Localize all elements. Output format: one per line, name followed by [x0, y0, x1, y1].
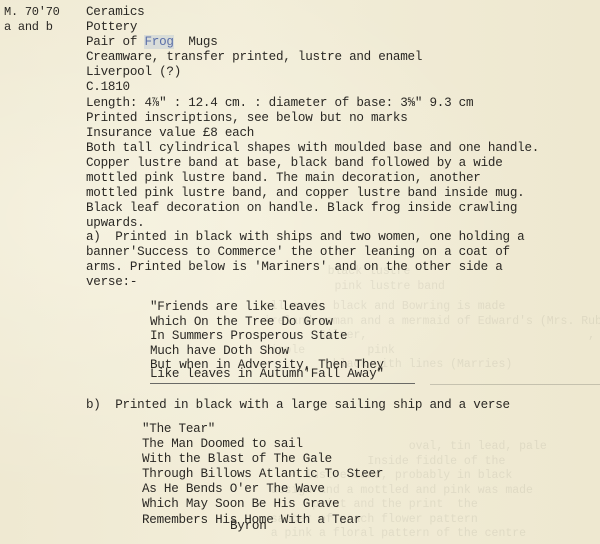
verse-line: Like leaves in Autumn'Fall Away" [150, 367, 384, 382]
paper-fold-line [430, 384, 600, 385]
catalogue-description: Ceramics Pottery Pair of Frog Mugs Cream… [86, 5, 539, 231]
verse-line: As He Bends O'er The Wave [142, 482, 325, 496]
description-line: mottled pink lustre band, and copper lus… [86, 186, 524, 200]
verse-attribution: Byron [230, 519, 267, 534]
description-line: Black leaf decoration on handle. Black f… [86, 201, 517, 215]
material-line: Creamware, transfer printed, lustre and … [86, 50, 422, 64]
date-line: C.1810 [86, 80, 130, 94]
accession-number: M. 70'70 [4, 5, 60, 19]
verse-underline [150, 383, 415, 384]
description-line: upwards. [86, 216, 144, 230]
accession-reference: M. 70'70 a and b [4, 5, 60, 35]
title-line: Pair of Frog Mugs [86, 35, 218, 49]
highlighted-word: Frog [144, 35, 173, 49]
section-a-description: a) Printed in black with ships and two w… [86, 230, 524, 290]
category-line: Ceramics [86, 5, 144, 19]
verse-line: In Summers Prosperous State [150, 329, 347, 343]
section-a-verse: "Friends are like leaves Which On the Tr… [150, 300, 384, 382]
verse-line: Which On the Tree Do Grow [150, 315, 333, 329]
section-a-line: banner'Success to Commerce' the other le… [86, 245, 510, 259]
subcategory-line: Pottery [86, 20, 137, 34]
verse-line: With the Blast of The Gale [142, 452, 332, 466]
section-a-line: verse:- [86, 275, 137, 289]
verse-line: Much have Doth Show [150, 344, 289, 358]
section-a-line: arms. Printed below is 'Mariners' and on… [86, 260, 503, 274]
description-line: Copper lustre band at base, black band f… [86, 156, 503, 170]
origin-line: Liverpool (?) [86, 65, 181, 79]
verse-line: Through Billows Atlantic To Steer [142, 467, 383, 481]
section-a-line: a) Printed in black with ships and two w… [86, 230, 524, 244]
verse-title: "The Tear" [142, 422, 215, 436]
verse-line: The Man Doomed to sail [142, 437, 303, 451]
section-b-description: b) Printed in black with a large sailing… [86, 398, 510, 413]
insurance-line: Insurance value £8 each [86, 126, 254, 140]
dimensions-line: Length: 4⅞" : 12.4 cm. : diameter of bas… [86, 96, 473, 110]
verse-line: Which May Soon Be His Grave [142, 497, 339, 511]
section-b-verse: "The Tear" The Man Doomed to sail With t… [142, 422, 383, 528]
accession-parts: a and b [4, 20, 53, 34]
inscriptions-line: Printed inscriptions, see below but no m… [86, 111, 408, 125]
section-b-line: b) Printed in black with a large sailing… [86, 398, 510, 412]
verse-line: "Friends are like leaves [150, 300, 325, 314]
description-line: Both tall cylindrical shapes with moulde… [86, 141, 539, 155]
description-line: mottled pink lustre band. The main decor… [86, 171, 481, 185]
